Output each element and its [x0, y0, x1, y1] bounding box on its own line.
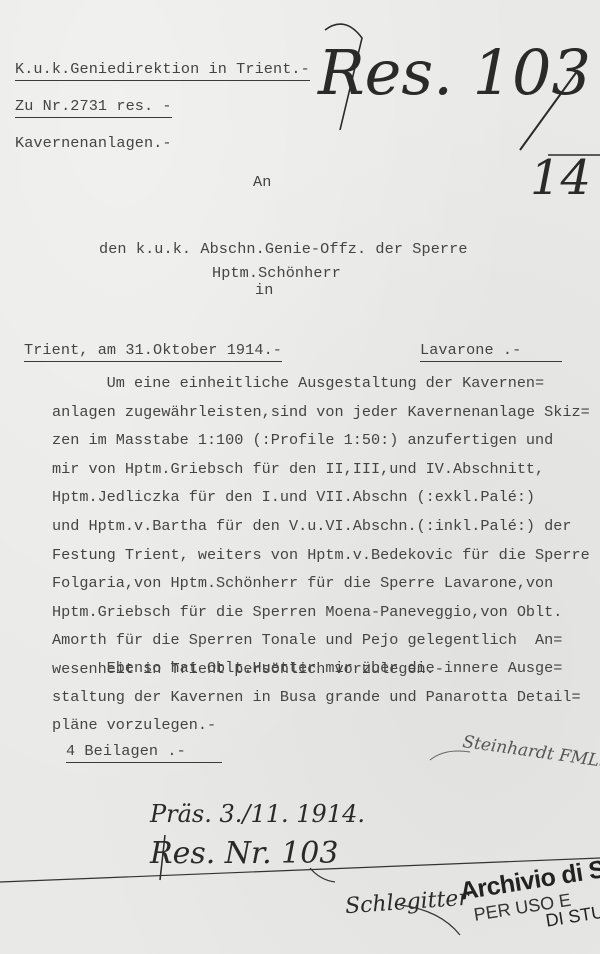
document-page: K.u.k.Geniedirektion in Trient.- Zu Nr.2…: [0, 0, 600, 954]
handwriting-strokes: [0, 0, 600, 954]
